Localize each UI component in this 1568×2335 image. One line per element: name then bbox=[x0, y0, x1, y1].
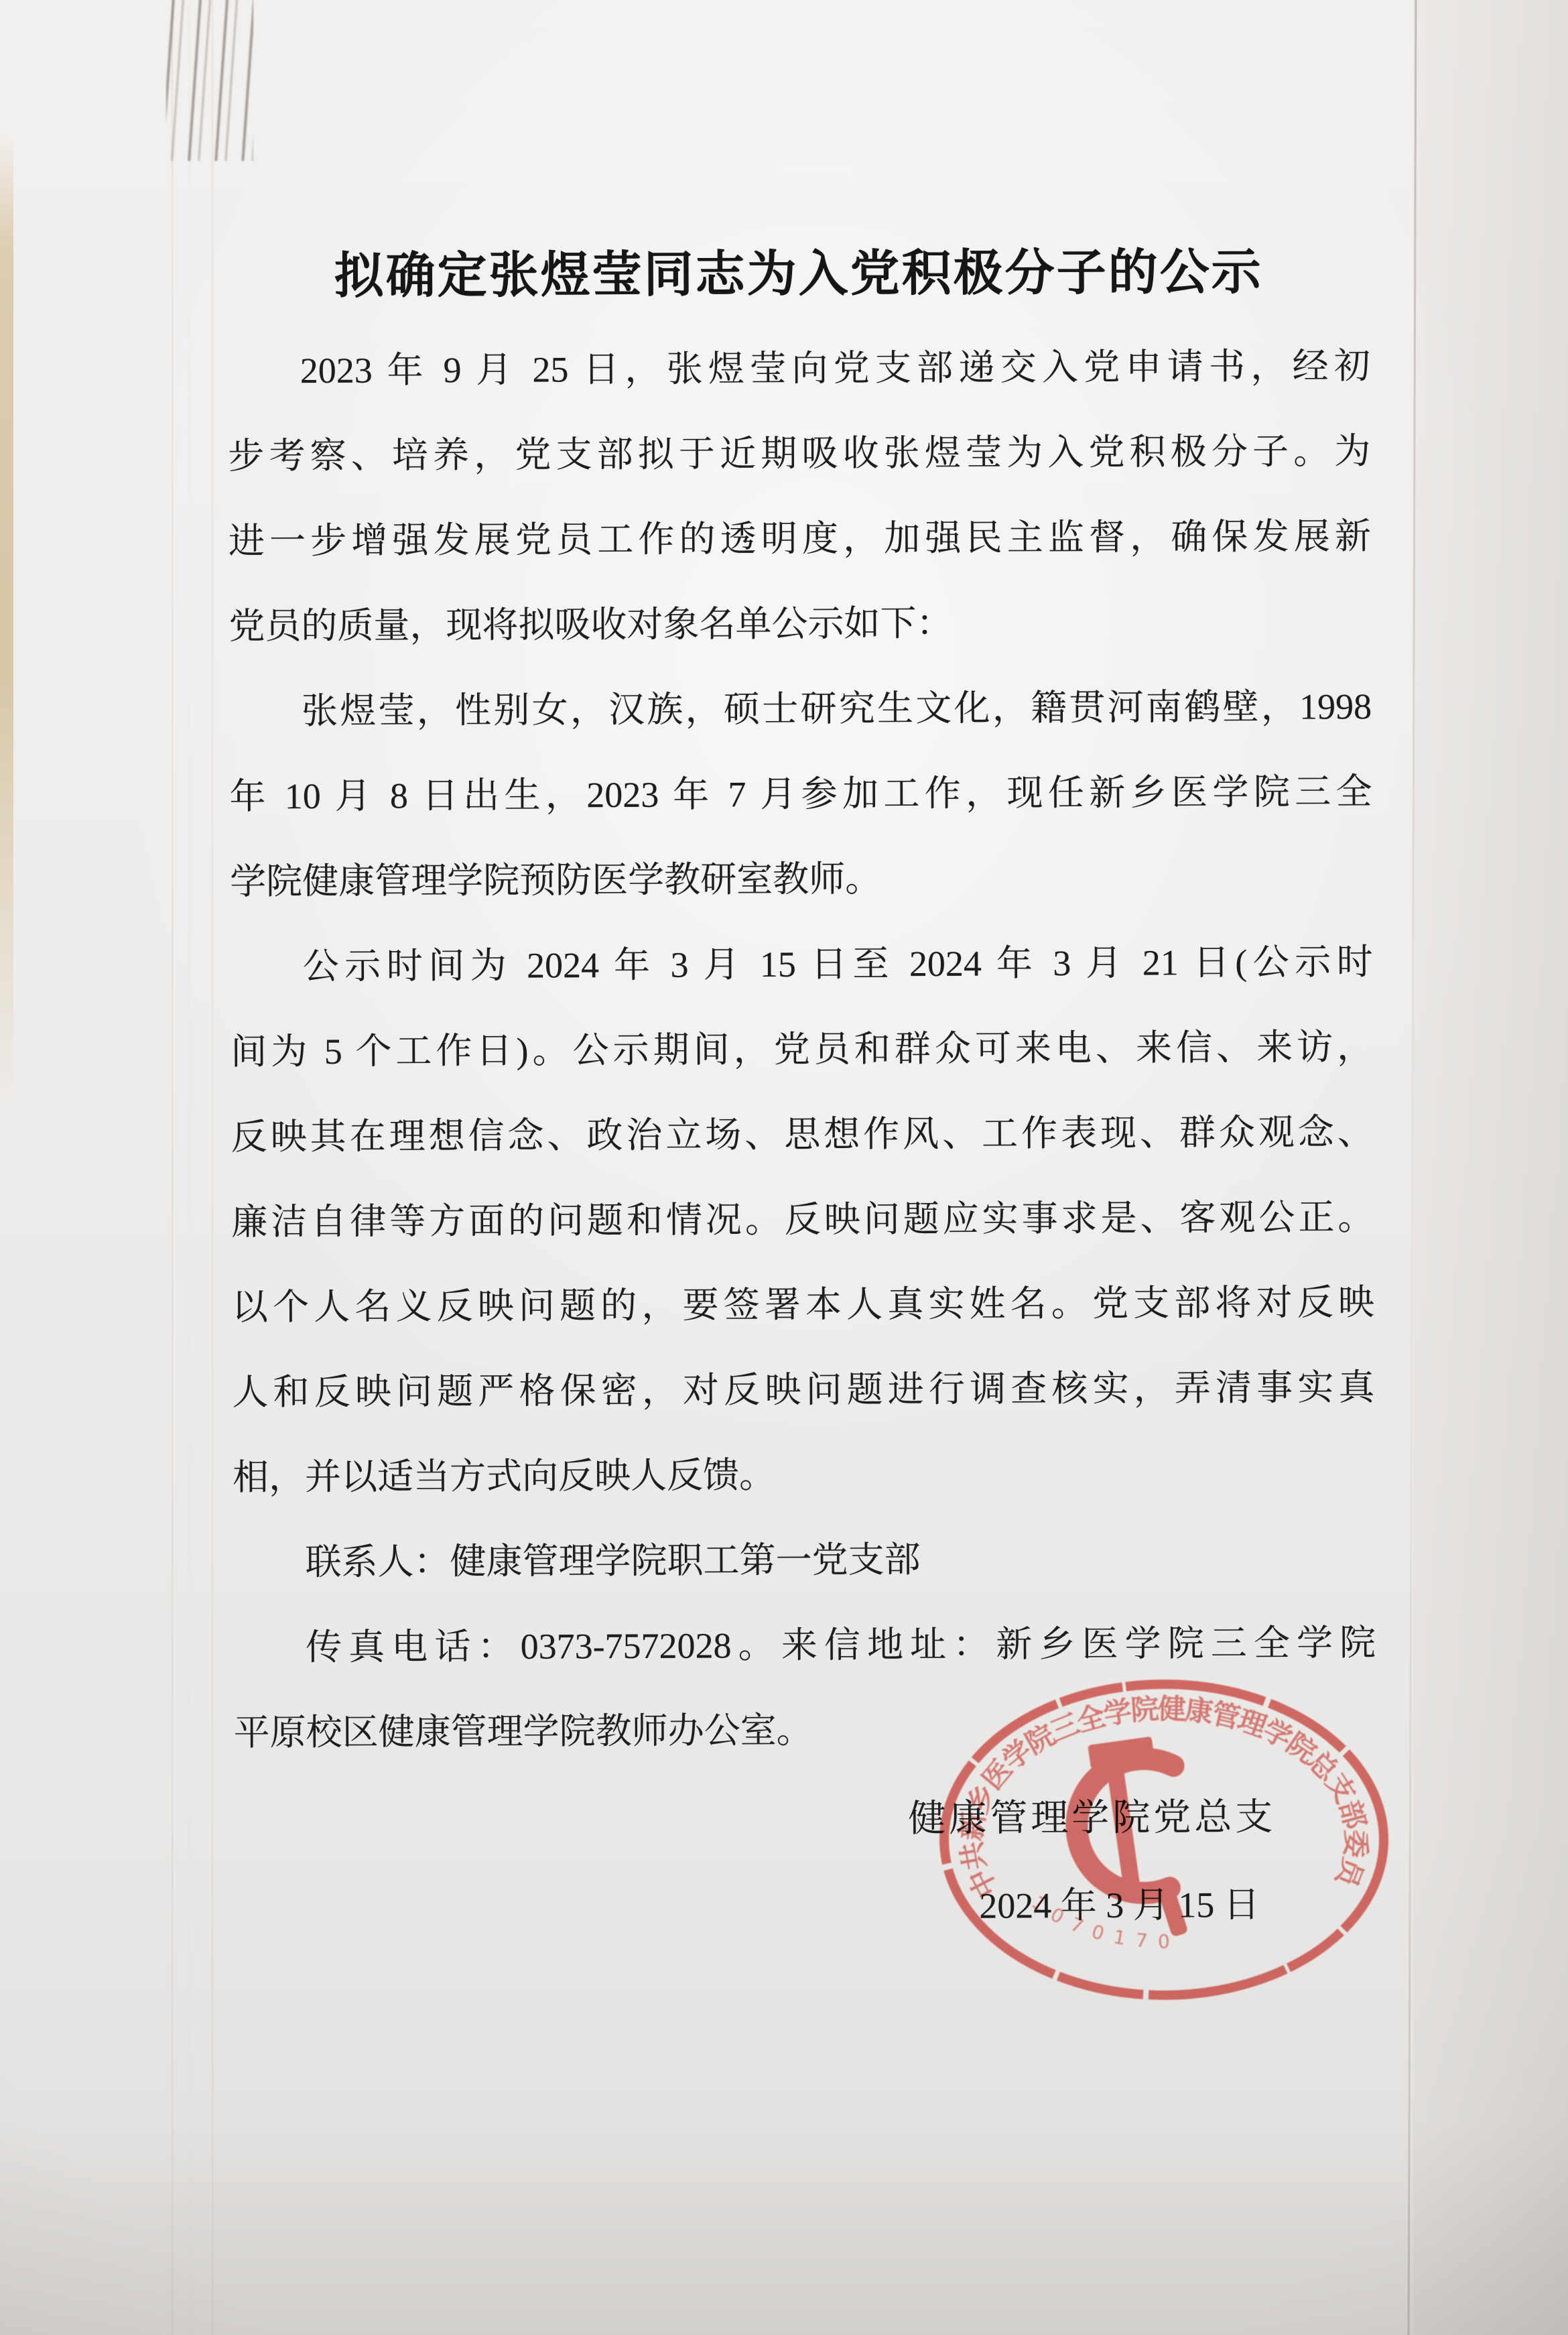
body-line: 学院健康管理学院预防医学教研室教师。 bbox=[230, 834, 1373, 924]
body-line: 党员的质量，现将拟吸收对象名单公示如下： bbox=[228, 579, 1372, 669]
body-line: 进一步增强发展党员工作的透明度，加强民主监督，确保发展新 bbox=[228, 494, 1372, 584]
body-line: 年 10 月 8 日出生，2023 年 7 月参加工作，现任新乡医学院三全 bbox=[229, 749, 1372, 839]
body-line: 间为 5 个工作日)。公示期间，党员和群众可来电、来信、来访， bbox=[231, 1005, 1374, 1094]
body-line: 以个人名义反映问题的，要签署本人真实姓名。党支部将对反映 bbox=[232, 1260, 1375, 1350]
document-title: 拟确定张煜莹同志为入党积极分子的公示 bbox=[227, 218, 1370, 330]
contact-line: 联系人：健康管理学院职工第一党支部 bbox=[233, 1515, 1376, 1605]
body-line: 张煜莹，性别女，汉族，硕士研究生文化，籍贯河南鹤壁，1998 bbox=[229, 664, 1372, 754]
body-line: 相，并以适当方式向反映人反馈。 bbox=[233, 1430, 1376, 1520]
document-page: 拟确定张煜莹同志为入党积极分子的公示 2023 年 9 月 25 日，张煜莹向党… bbox=[0, 0, 1568, 2335]
body-line: 人和反映问题严格保密，对反映问题进行调查核实，弄清事实真 bbox=[232, 1345, 1375, 1435]
body-line: 反映其在理想信念、政治立场、思想作风、工作表现、群众观念、 bbox=[231, 1090, 1374, 1180]
body-line: 2023 年 9 月 25 日，张煜莹向党支部递交入党申请书，经初 bbox=[228, 324, 1371, 414]
body-line: 公示时间为 2024 年 3 月 15 日至 2024 年 3 月 21 日(公… bbox=[230, 920, 1373, 1009]
body-line: 步考察、培养，党支部拟于近期吸收张煜莹为入党积极分子。为 bbox=[228, 409, 1371, 499]
hammer-sickle-icon bbox=[1069, 1732, 1202, 1939]
official-stamp: 中共新乡医学院三全学院健康管理学院总支部委员会 1070170747 bbox=[905, 1622, 1441, 2058]
body-line: 廉洁自律等方面的问题和情况。反映问题应实事求是、客观公正。 bbox=[231, 1175, 1374, 1265]
